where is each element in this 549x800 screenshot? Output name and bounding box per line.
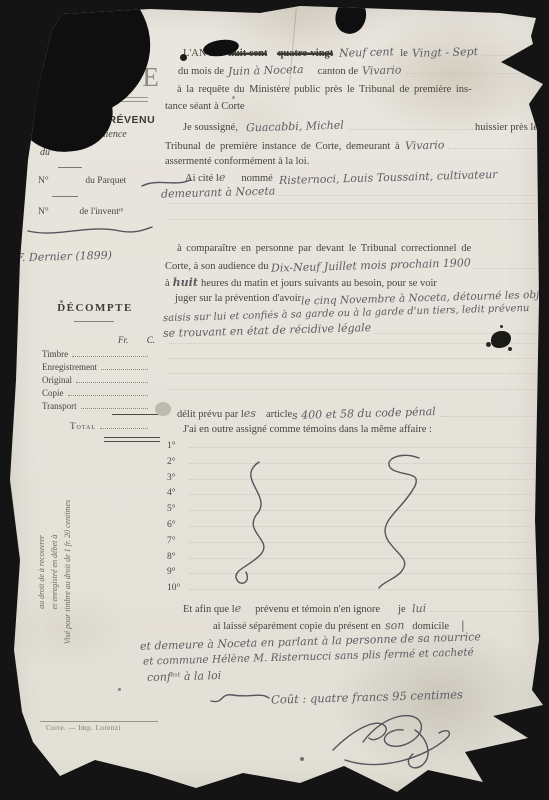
handwritten-charge-3: se trouvant en état de récidive légale — [163, 321, 372, 340]
assermente-line: assermenté conformément à la loi. — [165, 156, 538, 167]
stamp-visa-note: au droit de à recouvrer et enregistré en… — [35, 457, 79, 687]
blank-rule-line — [165, 219, 538, 222]
tribunal-line: Tribunal de première instance de Corte, … — [165, 139, 538, 152]
handwritten-huissier-name: Guacabbi, Michel — [246, 119, 344, 135]
rule-fill — [348, 129, 473, 130]
handwritten-audience-date: Dix-Neuf Juillet mois prochain 1900 — [270, 256, 470, 275]
witness-number: 4° — [167, 488, 185, 498]
witness-row: 8° — [167, 552, 538, 562]
decompte-row-label: Transport — [42, 401, 77, 411]
printed-text: Corte, à son audience du — [165, 261, 269, 272]
currency-c-label: C. — [147, 335, 155, 345]
witness-number: 1° — [167, 441, 185, 451]
stain-soft-gray — [155, 402, 171, 416]
witness-row: 3° — [167, 473, 538, 483]
printed-text: Ai cité l — [185, 173, 219, 184]
ink-speck — [508, 347, 512, 351]
audience-date-line: Corte, à son audience du Dix-Neuf Juille… — [165, 259, 538, 272]
rule-fill — [169, 389, 536, 390]
blank-rule-line — [165, 343, 538, 346]
heures-line: à huit heures du matin et jours suivants… — [165, 276, 538, 289]
closing-hand-line-2: et commune Hélène M. Risternucci sans pl… — [143, 651, 538, 663]
handwritten-son: son — [385, 619, 405, 633]
rule-fill — [440, 416, 536, 417]
printed-text: à la requête du Ministère public près le… — [177, 84, 472, 95]
paper-speck — [60, 300, 63, 303]
rule-fill — [169, 219, 536, 220]
handwritten-conforme-note: confᵐᵗ à la loi — [147, 669, 222, 684]
filing-note: F. Dernier (1899) — [16, 249, 112, 265]
witness-number: 3° — [167, 473, 185, 483]
dotted-leader — [76, 382, 148, 383]
total-label: Total — [70, 421, 96, 431]
document-scan: TRIBUNAL CORRECTIONNEL CORTE CITATION A … — [0, 0, 549, 800]
paper-speck — [232, 96, 235, 99]
blank-rule-line — [165, 203, 538, 206]
witness-number: 2° — [167, 457, 185, 467]
handwritten-letter: e — [235, 602, 242, 615]
decompte-row: Copie — [42, 388, 152, 398]
decompte-row: Transport — [42, 401, 152, 411]
blank-rule-line — [165, 373, 538, 376]
rule-fill — [482, 55, 536, 56]
witness-number: 10° — [167, 583, 185, 593]
rule-fill — [169, 203, 536, 204]
copie-line: ai laissé séparément copie du présent en… — [213, 619, 538, 632]
rule-fill — [279, 195, 536, 196]
witness-number: 8° — [167, 552, 185, 562]
decompte-row: Original — [42, 375, 152, 385]
decompte-row: Timbre — [42, 349, 152, 359]
printed-text: assermenté conformément à la loi. — [165, 156, 309, 167]
printed-text: Tribunal de première instance de Corte, … — [165, 141, 400, 152]
rule-fill — [406, 73, 536, 74]
handwritten-canton: Vivario — [362, 63, 402, 77]
handwritten-day: Vingt - Sept — [412, 45, 478, 60]
currency-fr-label: Fr. — [118, 335, 128, 345]
dotted-leader — [68, 395, 149, 396]
month-canton-line: du mois de Juin à Noceta canton de Vivar… — [178, 64, 538, 77]
printed-text: tance séant à Corte — [165, 101, 245, 112]
printed-text: article — [266, 409, 292, 420]
decompte-row: Enregistrement — [42, 362, 152, 372]
handwritten-articles: s 400 et 58 du code pénal — [292, 405, 436, 422]
decompte-underline — [74, 321, 114, 322]
stamp-note-line: au droit de à recouvrer — [35, 457, 48, 687]
printed-text: le — [400, 48, 408, 59]
paper-sheet: TRIBUNAL CORRECTIONNEL CORTE CITATION A … — [0, 0, 549, 800]
rule-fill — [169, 373, 536, 374]
paper-speck — [300, 757, 304, 761]
blank-rule-line — [165, 358, 538, 361]
rule-fill — [474, 268, 536, 269]
inventaire-number-row: N° de l'inventʳᵉ — [38, 207, 158, 217]
handwritten-residence: Vivario — [404, 138, 444, 152]
handwritten-letter: es — [244, 407, 256, 420]
decompte-currency-header: Fr. C. — [118, 335, 155, 345]
printed-text: nommé — [241, 173, 273, 184]
closing-hand-line-3: confᵐᵗ à la loi — [147, 670, 538, 683]
dotted-leader — [81, 408, 148, 409]
printed-text: Et afin que l — [183, 604, 235, 615]
dotted-leader — [100, 428, 148, 429]
printed-text: je — [398, 604, 406, 615]
handwritten-hour: huit — [173, 276, 198, 289]
ink-speck — [486, 342, 491, 347]
witness-row: 9° — [167, 567, 538, 577]
witness-number: 9° — [167, 567, 185, 577]
dotted-leader — [72, 356, 148, 357]
requete-line-1: à la requête du Ministère public près le… — [177, 84, 538, 95]
witness-row: 6° — [167, 520, 538, 530]
ink-blot-topleft-lobe — [10, 60, 117, 159]
main-body: L'AN mil huit cent quatre-vingt Neuf cen… — [165, 0, 538, 800]
handwritten-year: Neuf cent — [339, 45, 394, 60]
delit-line: délit prévu par l es article s 400 et 58… — [177, 407, 538, 420]
printed-text: délit prévu par l — [177, 409, 244, 420]
printed-text: à comparaître en personne par devant le … — [177, 243, 471, 254]
inventaire-label: de l'inventʳᵉ — [79, 207, 123, 217]
handwritten-accused-name: Risternoci, Louis Toussaint, cultivateur — [279, 168, 498, 187]
decompte-total-double-rule — [104, 437, 160, 442]
ink-blot-left-strip — [0, 114, 29, 209]
cite-line: Ai cité l e nommé Risternoci, Louis Tous… — [185, 171, 538, 184]
printed-text: prévenu et témoin n'en ignore — [255, 604, 380, 615]
witness-row: 10° — [167, 583, 538, 593]
pen-strike-flourish-left — [227, 460, 277, 600]
printed-text: du mois de — [178, 66, 224, 77]
comparaitre-line: à comparaître en personne par devant le … — [177, 243, 538, 254]
pen-strike-flourish-right — [367, 452, 427, 592]
witness-number: 5° — [167, 504, 185, 514]
stamp-note-line: Visé pour timbre au droit de 1 fr. 20 ce… — [61, 457, 74, 687]
requete-line-2: tance séant à Corte — [165, 101, 538, 112]
decompte-row-label: Copie — [42, 388, 64, 398]
rule-fill — [189, 447, 536, 448]
handwritten-accused-residence: demeurant à Noceta — [161, 184, 276, 200]
decompte-title: DÉCOMPTE — [28, 302, 162, 314]
struck-text: quatre-vingt — [277, 48, 333, 59]
printed-text: heures du matin et jours suivants au bes… — [201, 278, 437, 289]
printed-text: huissier près le — [475, 122, 538, 133]
witness-number: 6° — [167, 520, 185, 530]
blank-rule-line — [165, 389, 538, 392]
handwritten-letter: e — [219, 171, 226, 184]
printed-text: J'ai en outre assigné comme témoins dans… — [183, 424, 432, 435]
cost-swash — [209, 690, 271, 704]
ink-speck — [500, 325, 503, 328]
decompte-sum-rule — [112, 414, 158, 415]
divider-dash-1 — [58, 167, 82, 168]
rule-fill — [375, 333, 536, 334]
printed-text: canton de — [318, 66, 359, 77]
decompte-row-label: Timbre — [42, 349, 68, 359]
inventaire-no-label: N° — [38, 207, 49, 217]
printed-text: ai laissé séparément copie du présent en — [213, 621, 381, 632]
decompte-row-label: Original — [42, 375, 72, 385]
rule-fill — [430, 611, 536, 612]
imprint-rule — [40, 721, 158, 722]
rule-fill — [169, 358, 536, 359]
printed-text: juger sur la prévention d'avoir — [175, 293, 301, 304]
paper-speck — [118, 688, 121, 691]
printer-imprint: Corte. — Imp. Lorenzi — [46, 724, 121, 732]
parquet-label: du Parquet — [85, 176, 126, 186]
huissier-signature — [325, 700, 475, 785]
witness-row: 4° — [167, 488, 538, 498]
rule-fill — [448, 148, 536, 149]
closing-hand-line-1: et demeure à Noceta en parlant à la pers… — [140, 635, 538, 648]
witness-row: 5° — [167, 504, 538, 514]
soussigne-line: Je soussigné, Guacabbi, Michel huissier … — [183, 120, 538, 133]
prevention-line: juger sur la prévention d'avoir le cinq … — [175, 292, 538, 304]
parquet-no-label: N° — [38, 176, 49, 186]
witness-number: 7° — [167, 536, 185, 546]
handwritten-lui: lui — [411, 602, 425, 615]
prevention-hand-line-3: se trouvant en état de récidive légale — [163, 324, 538, 337]
divider-dash-2 — [52, 196, 78, 197]
printed-text: Je soussigné, — [183, 122, 238, 133]
cite-line-2: demeurant à Noceta — [161, 186, 538, 199]
inventaire-flourish — [24, 223, 156, 237]
printed-text: à — [165, 278, 170, 289]
ink-dot-bullet — [180, 54, 187, 61]
dotted-leader — [101, 369, 148, 370]
prevention-hand-line-2: saisis sur lui et confiés à sa garde ou … — [163, 308, 538, 319]
witness-row: 1° — [167, 441, 538, 451]
witness-row: 2° — [167, 457, 538, 467]
stamp-note-line: et enregistré en débet à — [48, 457, 61, 687]
handwritten-month-place: Juin à Noceta — [228, 63, 304, 78]
witness-row: 7° — [167, 536, 538, 546]
rule-fill — [169, 343, 536, 344]
decompte-total-row: Total — [70, 421, 152, 431]
temoins-line: J'ai en outre assigné comme témoins dans… — [183, 424, 538, 435]
decompte-row-label: Enregistrement — [42, 362, 97, 372]
afin-line: Et afin que l e prévenu et témoin n'en i… — [183, 602, 538, 615]
